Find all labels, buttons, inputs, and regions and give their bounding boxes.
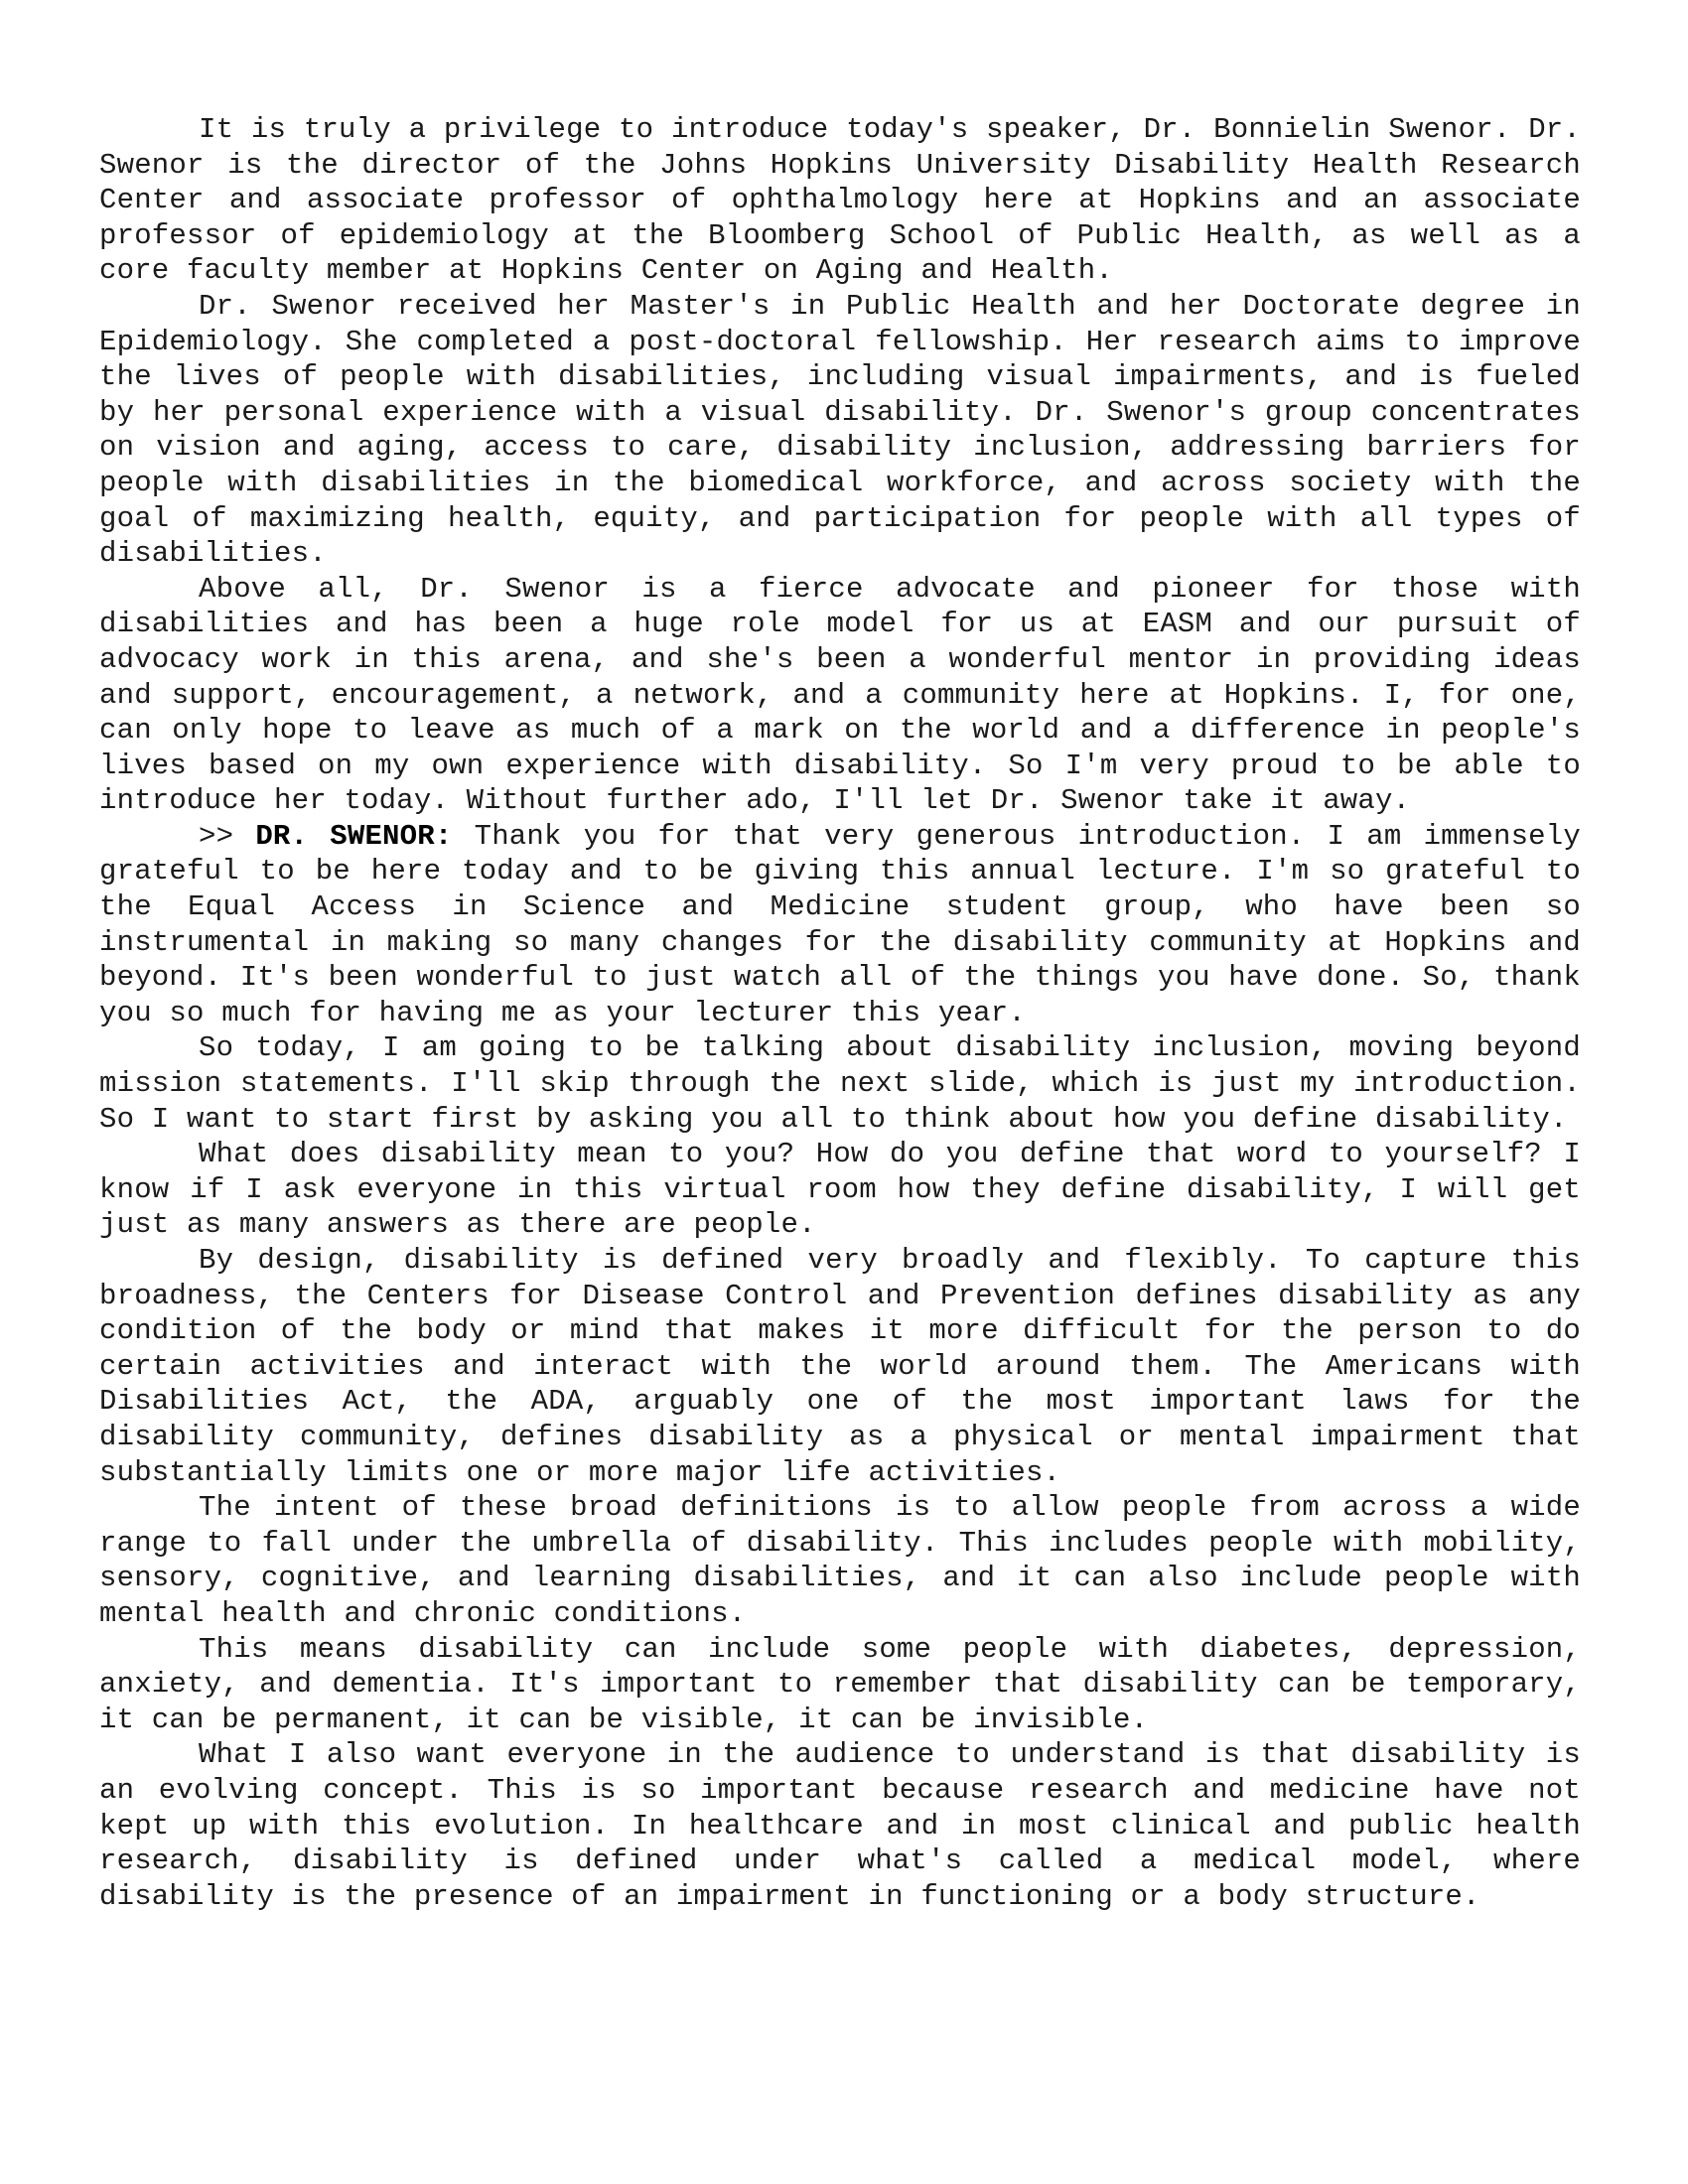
paragraph-text: Dr. Swenor received her Master's in Publ… bbox=[99, 290, 1581, 570]
paragraph-education: Dr. Swenor received her Master's in Publ… bbox=[99, 289, 1581, 572]
paragraph-text: This means disability can include some p… bbox=[99, 1633, 1581, 1736]
paragraph-advocacy: Above all, Dr. Swenor is a fierce advoca… bbox=[99, 572, 1581, 819]
paragraph-speaker-opening: >> DR. SWENOR: Thank you for that very g… bbox=[99, 819, 1581, 1031]
paragraph-topic: So today, I am going to be talking about… bbox=[99, 1030, 1581, 1137]
paragraph-text: What does disability mean to you? How do… bbox=[99, 1138, 1581, 1241]
paragraph-text: Above all, Dr. Swenor is a fierce advoca… bbox=[99, 573, 1581, 818]
paragraph-broad-intent: The intent of these broad definitions is… bbox=[99, 1490, 1581, 1631]
paragraph-introduction: It is truly a privilege to introduce tod… bbox=[99, 112, 1581, 289]
paragraph-text: So today, I am going to be talking about… bbox=[99, 1031, 1581, 1135]
paragraph-text: It is truly a privilege to introduce tod… bbox=[99, 113, 1581, 287]
paragraph-question: What does disability mean to you? How do… bbox=[99, 1137, 1581, 1243]
speaker-label: DR. SWENOR: bbox=[255, 820, 452, 853]
paragraph-definitions: By design, disability is defined very br… bbox=[99, 1243, 1581, 1490]
paragraph-text: What I also want everyone in the audienc… bbox=[99, 1738, 1581, 1912]
paragraph-text: The intent of these broad definitions is… bbox=[99, 1491, 1581, 1630]
speaker-prefix: >> bbox=[199, 820, 255, 853]
transcript-page: It is truly a privilege to introduce tod… bbox=[99, 112, 1581, 1914]
paragraph-text: By design, disability is defined very br… bbox=[99, 1244, 1581, 1489]
paragraph-medical-model: What I also want everyone in the audienc… bbox=[99, 1737, 1581, 1914]
paragraph-examples: This means disability can include some p… bbox=[99, 1632, 1581, 1738]
